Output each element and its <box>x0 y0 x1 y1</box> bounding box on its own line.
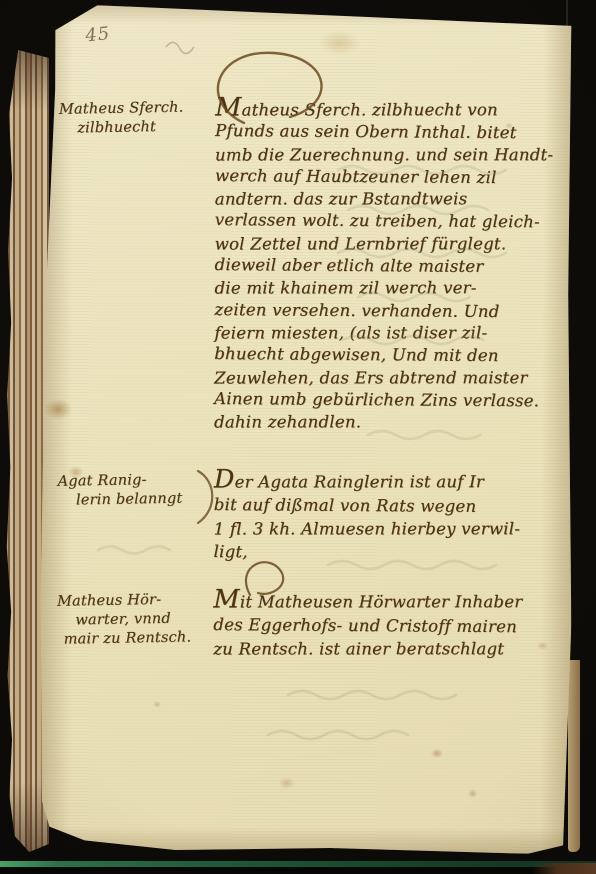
margin-line: warter, vnnd <box>75 609 213 630</box>
text-line: zeiten versehen. verhanden. Und <box>214 299 576 324</box>
entries: Matheus Sferch.zilbhuechtMatheus Sferch.… <box>37 4 574 854</box>
text-line: feiern miesten, (als ist diser zil- <box>214 322 576 345</box>
text-line: wol Zettel und Lernbrief fürglegt. <box>215 233 577 256</box>
underlying-page-edge <box>568 660 580 852</box>
entry: Matheus Hör-warter, vnndmair zu Rentsch.… <box>37 586 571 588</box>
text-line: verlassen wolt. zu treiben, hat gleich- <box>215 210 577 235</box>
text-line: Mit Matheusen Hörwarter Inhaber <box>213 587 575 614</box>
entry: Agat Ranig-lerin belanngtDer Agata Raing… <box>38 466 572 468</box>
bookmark-thread <box>566 0 568 26</box>
text-line: des Eggerhofs- und Cristoff mairen <box>213 613 575 639</box>
text-line: Matheus Sferch. zilbhuecht von <box>215 95 577 122</box>
margin-line: lerin belanngt <box>76 489 214 510</box>
bottom-shadow-band <box>0 867 596 874</box>
margin-line: mair zu Rentsch. <box>64 628 214 650</box>
text-line: Ainen umb gebürlichen Zins verlasse. <box>214 388 576 413</box>
text-line: dieweil aber etlich alte maister <box>214 254 576 279</box>
text-line: ligt, <box>213 540 575 566</box>
text-line: werch auf Haubtzeuner lehen zil <box>215 165 577 190</box>
text-line: zu Rentsch. ist ainer beratschlagt <box>213 637 575 661</box>
manuscript-page: 45 Matheus Sferch.zilbhuechtMatheus Sfer… <box>37 4 574 854</box>
text-line: andtern. das zur Bstandtweis <box>215 188 577 211</box>
text-line: umb die Zuerechnung. und sein Handt- <box>215 144 577 167</box>
text-line: Pfunds aus sein Obern Inthal. bitet <box>215 120 577 145</box>
text-line: bhuecht abgewisen, Und mit den <box>214 343 576 368</box>
margin-note: Matheus Sferch.zilbhuecht <box>59 98 216 139</box>
entry-text: Mit Matheusen Hörwarter Inhaberdes Egger… <box>213 587 575 662</box>
table-corner-patch <box>532 863 596 874</box>
text-line: bit auf dißmal von Rats wegen <box>214 493 576 519</box>
text-line: Zeuwlehen, das Ers abtrend maister <box>214 367 576 390</box>
text-line: dahin zehandlen. <box>214 411 576 434</box>
text-line: Der Agata Rainglerin ist auf Ir <box>214 467 576 494</box>
text-line: die mit khainem zil werch ver- <box>214 278 576 301</box>
manuscript-photo: 45 Matheus Sferch.zilbhuechtMatheus Sfer… <box>0 0 596 874</box>
margin-line: zilbhuecht <box>77 117 215 138</box>
margin-note: Matheus Hör-warter, vnndmair zu Rentsch. <box>57 590 214 650</box>
entry: Matheus Sferch.zilbhuechtMatheus Sferch.… <box>39 94 573 96</box>
text-line: 1 fl. 3 kh. Almuesen hierbey verwil- <box>214 517 576 541</box>
margin-note: Agat Ranig-lerin belanngt <box>57 470 214 511</box>
green-table-strip <box>0 861 596 867</box>
entry-text: Matheus Sferch. zilbhuecht vonPfunds aus… <box>214 95 577 435</box>
entry-text: Der Agata Rainglerin ist auf Irbit auf d… <box>214 467 576 565</box>
